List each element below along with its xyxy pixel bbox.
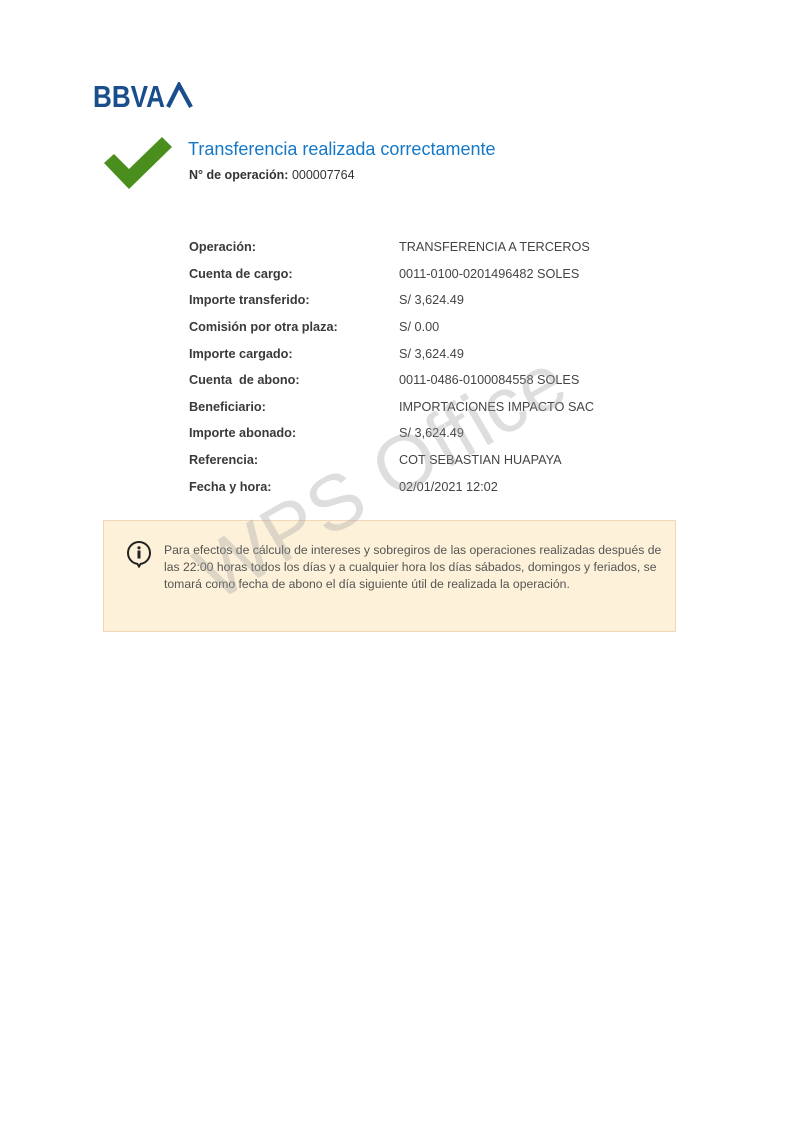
detail-label: Comisión por otra plaza:: [189, 319, 399, 335]
transfer-details: Operación: TRANSFERENCIA A TERCEROS Cuen…: [189, 234, 629, 500]
notice-text: Para efectos de cálculo de intereses y s…: [164, 542, 664, 593]
info-icon: [126, 540, 152, 568]
detail-value: 02/01/2021 12:02: [399, 479, 498, 495]
detail-label: Beneficiario:: [189, 399, 399, 415]
detail-row-commission: Comisión por otra plaza: S/ 0.00: [189, 314, 629, 341]
detail-row-amount-credited: Importe abonado: S/ 3,624.49: [189, 420, 629, 447]
detail-value: IMPORTACIONES IMPACTO SAC: [399, 399, 594, 415]
detail-value: S/ 3,624.49: [399, 346, 464, 362]
detail-value: TRANSFERENCIA A TERCEROS: [399, 239, 590, 255]
logo-a-glyph: [168, 85, 191, 107]
detail-label: Importe transferido:: [189, 292, 399, 308]
detail-value: 0011-0100-0201496482 SOLES: [399, 266, 579, 282]
brand-name: BBVA: [93, 82, 165, 109]
detail-value: S/ 3,624.49: [399, 292, 464, 308]
detail-row-amount-charged: Importe cargado: S/ 3,624.49: [189, 340, 629, 367]
detail-label: Cuenta de cargo:: [189, 266, 399, 282]
detail-label: Importe cargado:: [189, 346, 399, 362]
detail-row-amount-transferred: Importe transferido: S/ 3,624.49: [189, 287, 629, 314]
detail-label: Operación:: [189, 239, 399, 255]
operation-number-value: 000007764: [292, 168, 355, 182]
detail-row-date-time: Fecha y hora: 02/01/2021 12:02: [189, 473, 629, 500]
check-icon: [104, 137, 174, 189]
detail-row-debit-account: Cuenta de cargo: 0011-0100-0201496482 SO…: [189, 261, 629, 288]
detail-row-reference: Referencia: COT SEBASTIAN HUAPAYA: [189, 447, 629, 474]
detail-label: Cuenta de abono:: [189, 372, 399, 388]
detail-row-operation: Operación: TRANSFERENCIA A TERCEROS: [189, 234, 629, 261]
bbva-logo: BBVA: [93, 82, 193, 109]
detail-row-credit-account: Cuenta de abono: 0011-0486-0100084558 SO…: [189, 367, 629, 394]
detail-label: Importe abonado:: [189, 425, 399, 441]
notice-box: Para efectos de cálculo de intereses y s…: [103, 520, 676, 632]
detail-label: Fecha y hora:: [189, 479, 399, 495]
detail-value: S/ 3,624.49: [399, 425, 464, 441]
detail-label: Referencia:: [189, 452, 399, 468]
operation-number-label: N° de operación:: [189, 168, 288, 182]
operation-number: N° de operación: 000007764: [189, 167, 355, 183]
detail-value: 0011-0486-0100084558 SOLES: [399, 372, 579, 388]
detail-value: COT SEBASTIAN HUAPAYA: [399, 452, 562, 468]
page-title: Transferencia realizada correctamente: [188, 138, 495, 160]
detail-row-beneficiary: Beneficiario: IMPORTACIONES IMPACTO SAC: [189, 394, 629, 421]
detail-value: S/ 0.00: [399, 319, 439, 335]
